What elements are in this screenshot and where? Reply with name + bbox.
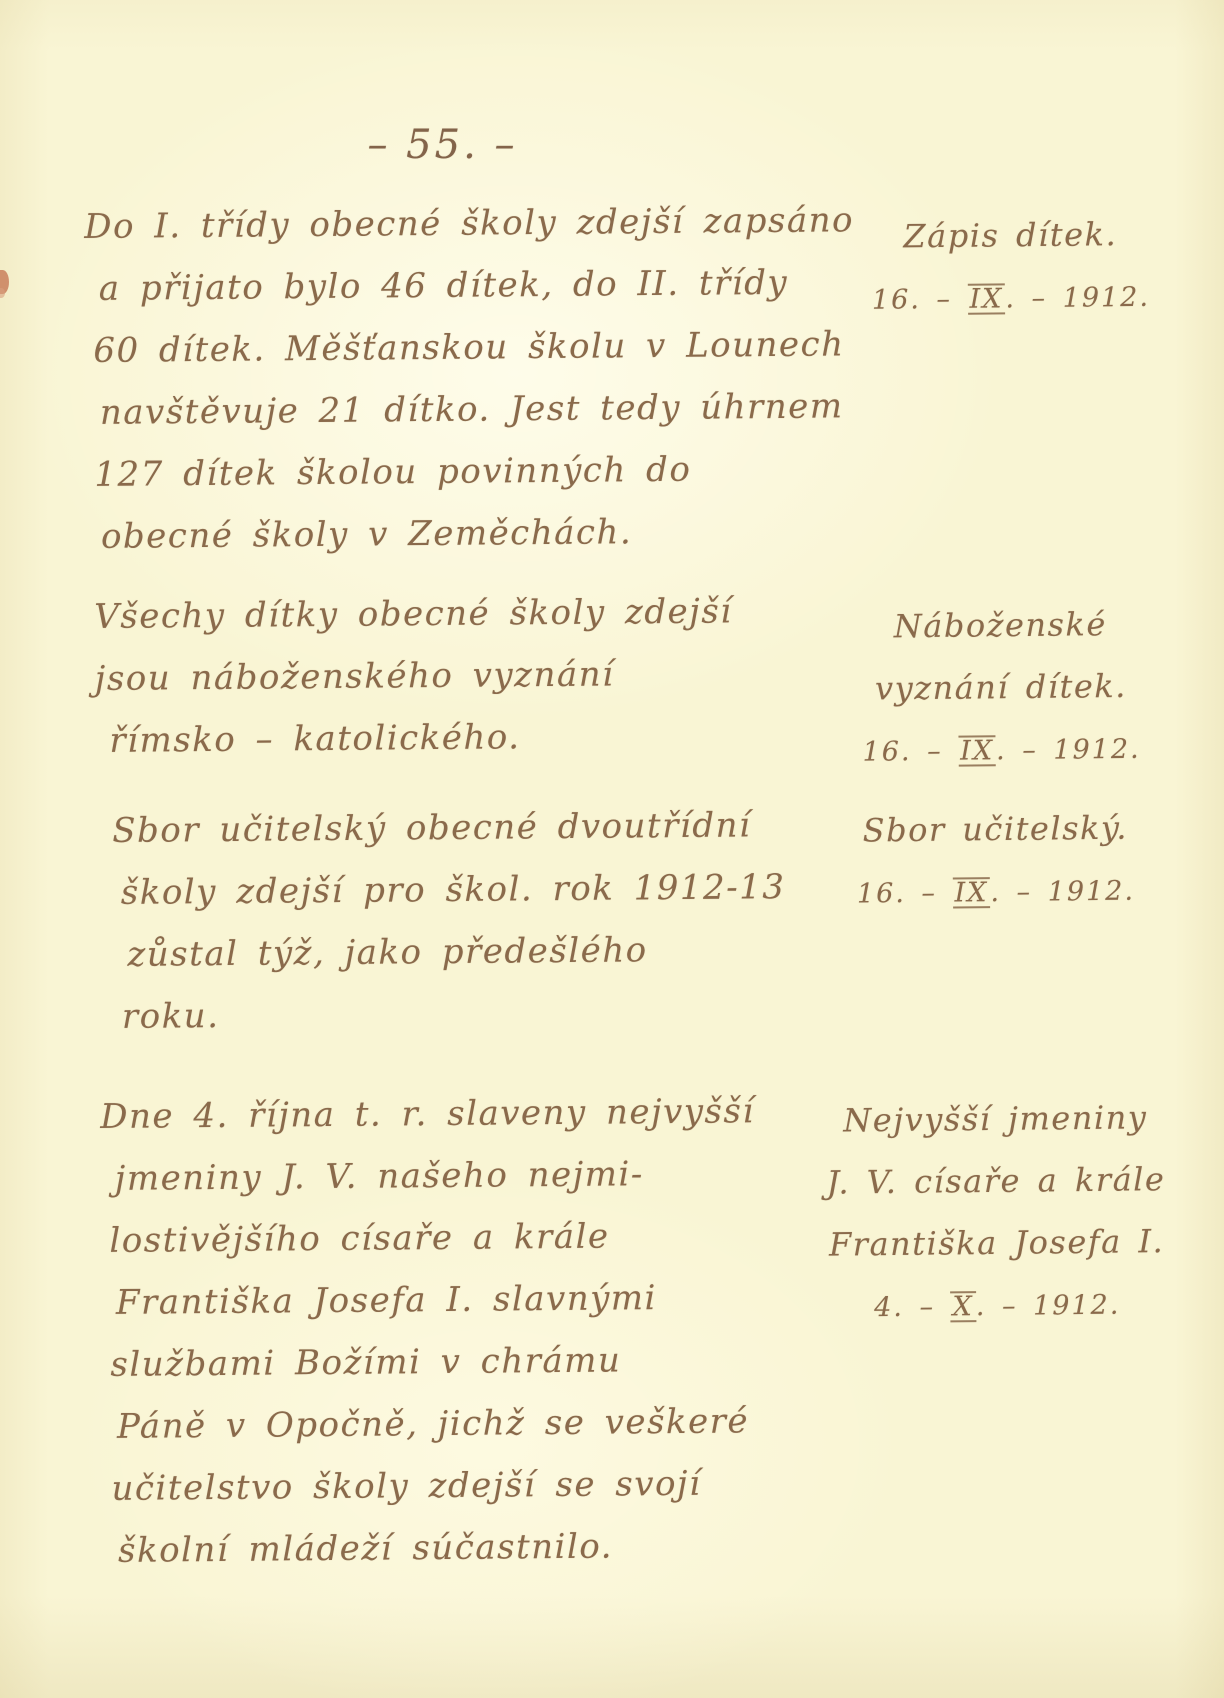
- handwritten-line: Do I. třídy obecné školy zdejší zapsáno: [84, 189, 854, 258]
- roman-month: X: [950, 1291, 976, 1322]
- page-number: – 55. –: [85, 122, 800, 168]
- margin-note-title: Náboženské: [830, 594, 1171, 660]
- margin-note-title: Sbor učitelský.: [810, 798, 1181, 864]
- roman-month: IX: [952, 877, 990, 908]
- handwritten-line: jsou náboženského vyznání: [95, 642, 734, 710]
- edge-stain-small: [0, 288, 5, 298]
- handwritten-line: 127 dítek školou povinných do: [86, 437, 856, 506]
- entry-3-margin-note: Sbor učitelský. 16. – IX. – 1912.: [810, 798, 1181, 924]
- handwritten-line: službami Božími v chrámu: [102, 1328, 757, 1396]
- handwritten-line: Všechy dítky obecné školy zdejší: [94, 580, 733, 648]
- entry-3-body: Sbor učitelský obecné dvoutřídní školy z…: [112, 794, 787, 1048]
- margin-note-title: Františka Josefa I.: [796, 1212, 1197, 1278]
- handwritten-line: lostivějšího císaře a krále: [101, 1204, 756, 1272]
- margin-note-title: vyznání dítek.: [831, 656, 1172, 722]
- entry-1-margin-note: Zápis dítek. 16. – IX. – 1912.: [845, 205, 1176, 330]
- margin-note-title: Zápis dítek.: [845, 205, 1176, 270]
- handwritten-line: jmeniny J. V. našeho nejmi-: [101, 1142, 756, 1210]
- margin-note-date: 16. – IX. – 1912.: [846, 269, 1177, 330]
- handwritten-line: roku.: [114, 980, 787, 1048]
- handwritten-line: 60 dítek. Měšťanskou školu v Lounech: [85, 313, 855, 382]
- entry-4-margin-note: Nejvyšší jmeniny J. V. císaře a krále Fr…: [795, 1088, 1198, 1338]
- margin-note-date: 16. – IX. – 1912.: [811, 862, 1182, 924]
- handwritten-line: školy zdejší pro škol. rok 1912-13: [113, 856, 786, 924]
- handwritten-line: školní mládeží súčastnilo.: [104, 1514, 759, 1582]
- handwritten-line: Františka Josefa I. slavnými: [102, 1266, 757, 1334]
- handwritten-line: obecné školy v Zeměchách.: [87, 499, 857, 568]
- margin-note-date: 16. – IX. – 1912.: [831, 720, 1172, 782]
- handwritten-line: římsko – katolického.: [95, 704, 734, 772]
- margin-note-title: J. V. císaře a krále: [796, 1150, 1197, 1216]
- entry-2-body: Všechy dítky obecné školy zdejší jsou ná…: [94, 580, 734, 772]
- handwritten-line: navštěvuje 21 dítko. Jest tedy úhrnem: [86, 375, 856, 444]
- handwritten-line: učitelstvo školy zdejší se svojí: [103, 1452, 758, 1520]
- handwritten-line: zůstal týž, jako předešlého: [113, 918, 786, 986]
- margin-note-title: Nejvyšší jmeniny: [795, 1088, 1196, 1154]
- handwritten-line: a přijato bylo 46 dítek, do II. třídy: [85, 251, 855, 320]
- entry-4-body: Dne 4. října t. r. slaveny nejvyšší jmen…: [100, 1080, 759, 1582]
- handwritten-line: Páně v Opočně, jichž se veškeré: [103, 1390, 758, 1458]
- chronicle-page: – 55. – Do I. třídy obecné školy zdejší …: [0, 0, 1224, 1698]
- entry-2-margin-note: Náboženské vyznání dítek. 16. – IX. – 19…: [830, 594, 1172, 782]
- handwritten-line: Sbor učitelský obecné dvoutřídní: [112, 794, 785, 862]
- roman-month: IX: [967, 283, 1005, 314]
- roman-month: IX: [958, 735, 996, 766]
- entry-1-body: Do I. třídy obecné školy zdejší zapsáno …: [84, 189, 857, 568]
- margin-note-date: 4. – X. – 1912.: [797, 1276, 1198, 1338]
- handwritten-line: Dne 4. října t. r. slaveny nejvyšší: [100, 1080, 755, 1148]
